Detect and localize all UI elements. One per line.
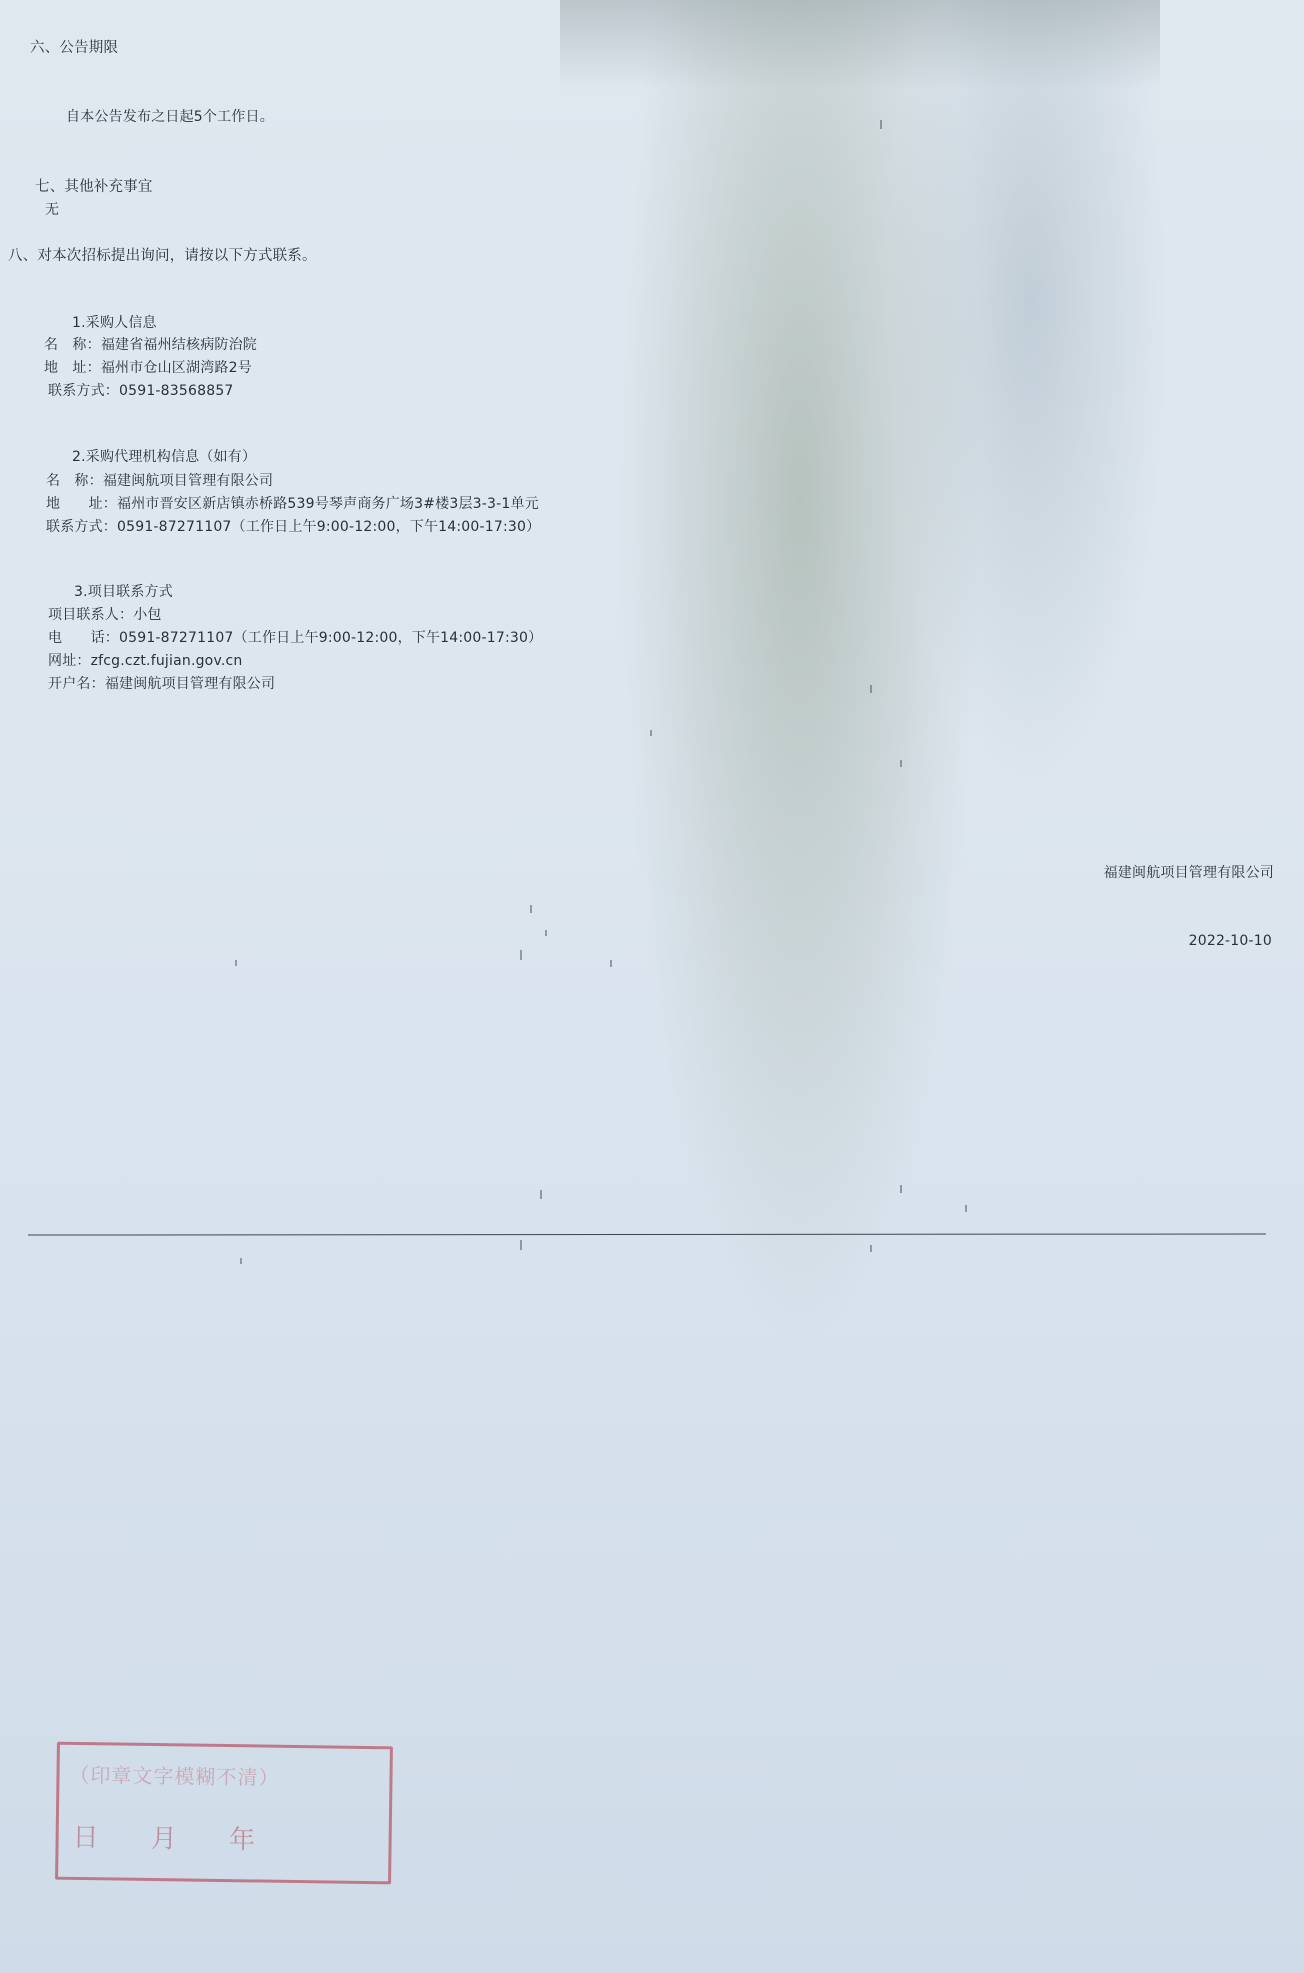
project-website: zfcg.czt.fujian.gov.cn bbox=[91, 653, 243, 669]
stamp-date-placeholder: 日 月 年 bbox=[72, 1817, 277, 1857]
paper-background bbox=[0, 0, 1304, 1973]
signature-date: 2022-10-10 bbox=[1189, 934, 1272, 948]
purchaser-address-label: 地 址： bbox=[44, 360, 101, 376]
purchaser-contact-row: 联系方式：0591-83568857 bbox=[48, 384, 234, 398]
purchaser-contact-label: 联系方式： bbox=[48, 383, 119, 399]
signature-company: 福建闽航项目管理有限公司 bbox=[1104, 866, 1274, 880]
agency-name-row: 名 称：福建闽航项目管理有限公司 bbox=[46, 474, 273, 488]
agency-address-label: 地 址： bbox=[46, 496, 117, 512]
section6-heading: 六、公告期限 bbox=[30, 41, 118, 56]
purchaser-address: 福州市仓山区湖湾路2号 bbox=[101, 360, 252, 376]
agency-address-row: 地 址：福州市晋安区新店镇赤桥路539号琴声商务广场3#楼3层3-3-1单元 bbox=[46, 497, 539, 511]
agency-title: 2.采购代理机构信息（如有） bbox=[72, 450, 256, 464]
project-website-label: 网址： bbox=[48, 653, 91, 669]
section7-body: 无 bbox=[45, 203, 59, 217]
section7-heading: 七、其他补充事宜 bbox=[35, 180, 153, 195]
official-stamp: （印章文字模糊不清） 日 月 年 bbox=[55, 1742, 393, 1885]
purchaser-name: 福建省福州结核病防治院 bbox=[101, 337, 257, 353]
project-contact-title: 3.项目联系方式 bbox=[74, 585, 173, 599]
purchaser-name-label: 名 称： bbox=[44, 337, 101, 353]
project-person: 小包 bbox=[133, 607, 161, 623]
purchaser-title: 1.采购人信息 bbox=[72, 316, 157, 330]
purchaser-address-row: 地 址：福州市仓山区湖湾路2号 bbox=[44, 361, 252, 375]
section8-heading: 八、对本次招标提出询问，请按以下方式联系。 bbox=[8, 249, 317, 264]
project-account-row: 开户名：福建闽航项目管理有限公司 bbox=[48, 677, 275, 691]
project-phone: 0591-87271107（工作日上午9:00-12:00，下午14:00-17… bbox=[119, 630, 542, 646]
stamp-text-illegible: （印章文字模糊不清） bbox=[69, 1759, 379, 1792]
project-website-row: 网址：zfcg.czt.fujian.gov.cn bbox=[48, 654, 242, 668]
purchaser-name-row: 名 称：福建省福州结核病防治院 bbox=[44, 338, 257, 352]
agency-name-label: 名 称： bbox=[46, 473, 103, 489]
project-account: 福建闽航项目管理有限公司 bbox=[105, 676, 275, 692]
project-account-label: 开户名： bbox=[48, 676, 105, 692]
project-person-label: 项目联系人： bbox=[48, 607, 133, 623]
project-person-row: 项目联系人：小包 bbox=[48, 608, 162, 622]
project-phone-label: 电 话： bbox=[48, 630, 119, 646]
section6-body: 自本公告发布之日起5个工作日。 bbox=[66, 110, 274, 124]
purchaser-contact: 0591-83568857 bbox=[119, 383, 234, 399]
agency-contact: 0591-87271107（工作日上午9:00-12:00，下午14:00-17… bbox=[117, 519, 540, 535]
agency-contact-label: 联系方式： bbox=[46, 519, 117, 535]
agency-address: 福州市晋安区新店镇赤桥路539号琴声商务广场3#楼3层3-3-1单元 bbox=[117, 496, 539, 512]
agency-name: 福建闽航项目管理有限公司 bbox=[103, 473, 273, 489]
project-phone-row: 电 话：0591-87271107（工作日上午9:00-12:00，下午14:0… bbox=[48, 631, 542, 645]
agency-contact-row: 联系方式：0591-87271107（工作日上午9:00-12:00，下午14:… bbox=[46, 520, 540, 534]
